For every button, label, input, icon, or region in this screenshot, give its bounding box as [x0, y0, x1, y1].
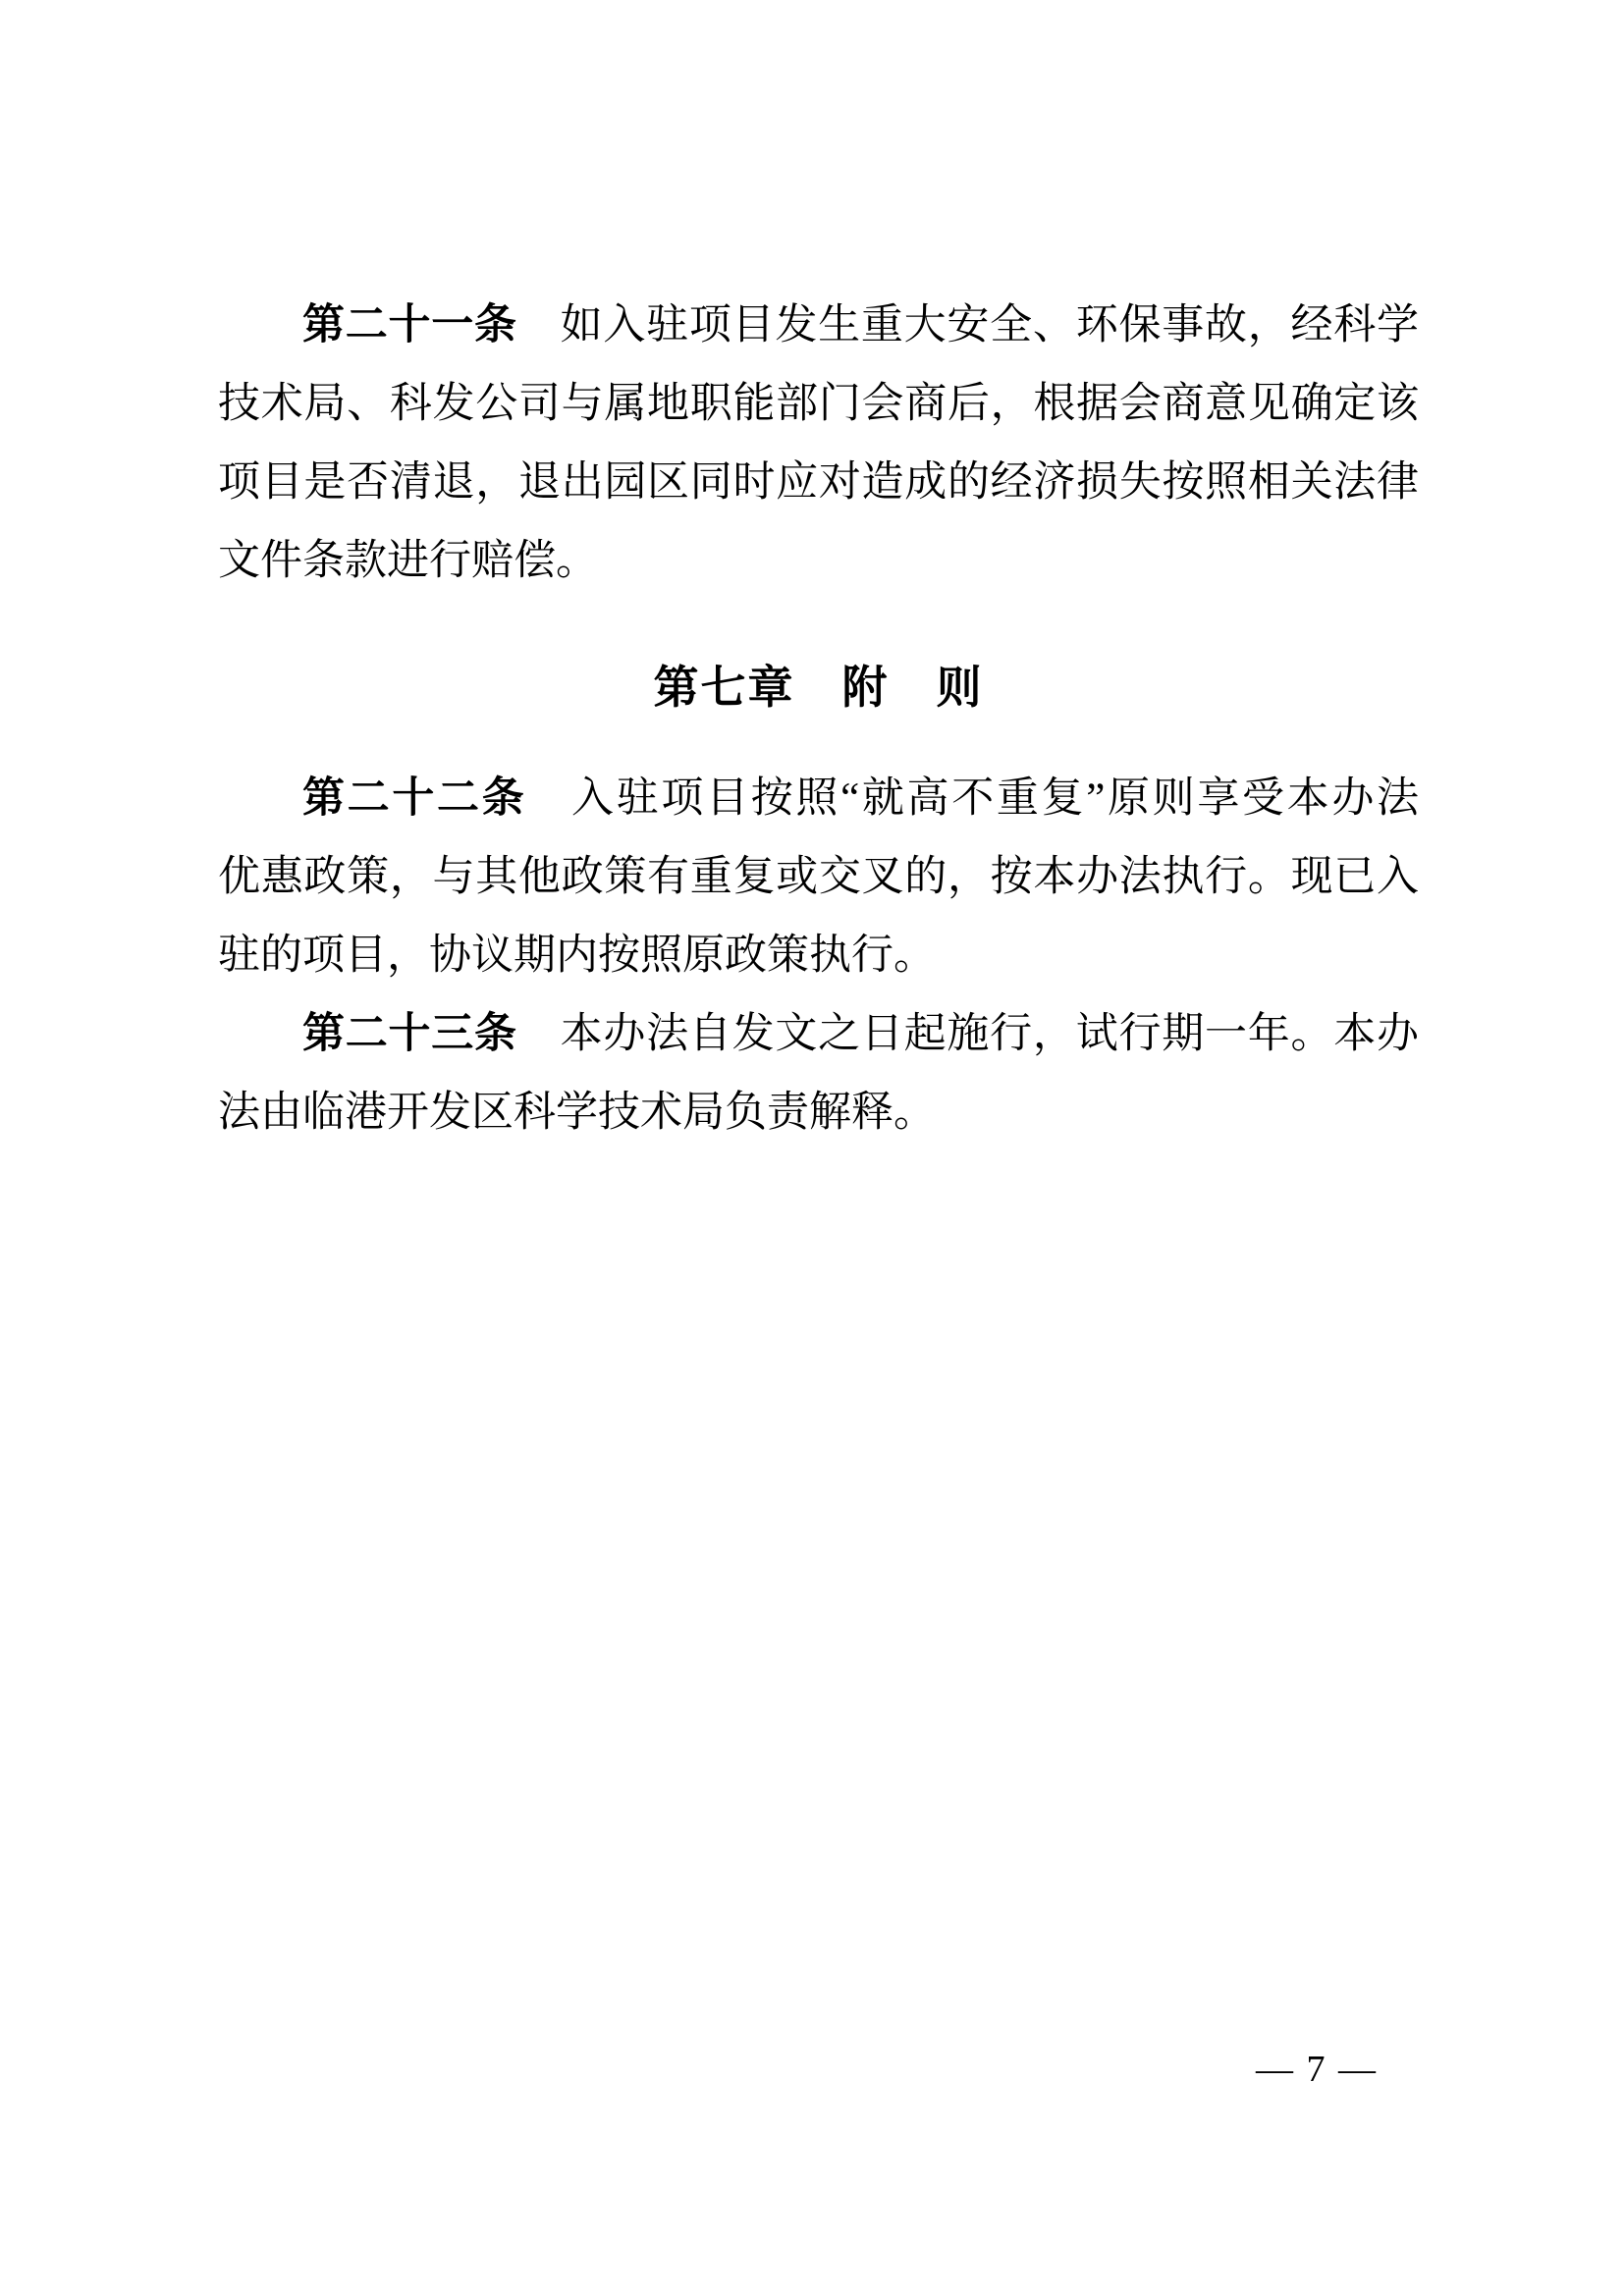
chapter-heading: 第七章 附 则 [218, 648, 1419, 726]
article-21-number: 第二十一条 [302, 302, 517, 348]
page-number: — 7 — [1256, 2048, 1378, 2091]
article-21-line-1-text: 如入驻项目发生重大安全、环保事故，经科学 [517, 302, 1419, 348]
article-21-line-2: 技术局、科发公司与属地职能部门会商后，根据会商意见确定该 [218, 365, 1419, 444]
article-23-line-1: 第二十三条 本办法自发文之日起施行，试行期一年。本办 [218, 995, 1419, 1074]
article-22-paragraph: 第二十二条 入驻项目按照“就高不重复”原则享受本办法 优惠政策，与其他政策有重复… [218, 760, 1419, 995]
article-23-number: 第二十三条 [302, 1011, 517, 1057]
article-21-line-1: 第二十一条 如入驻项目发生重大安全、环保事故，经科学 [218, 287, 1419, 365]
article-22-number: 第二十二条 [302, 775, 526, 822]
article-21-paragraph: 第二十一条 如入驻项目发生重大安全、环保事故，经科学 技术局、科发公司与属地职能… [218, 287, 1419, 601]
article-23-line-2: 法由临港开发区科学技术局负责解释。 [218, 1074, 1419, 1152]
article-22-line-1: 第二十二条 入驻项目按照“就高不重复”原则享受本办法 [218, 760, 1419, 838]
article-22-line-2: 优惠政策，与其他政策有重复或交叉的，按本办法执行。现已入 [218, 838, 1419, 917]
document-page: 第二十一条 如入驻项目发生重大安全、环保事故，经科学 技术局、科发公司与属地职能… [0, 0, 1624, 2296]
article-23-paragraph: 第二十三条 本办法自发文之日起施行，试行期一年。本办 法由临港开发区科学技术局负… [218, 995, 1419, 1152]
article-21-line-3: 项目是否清退，退出园区同时应对造成的经济损失按照相关法律 [218, 444, 1419, 522]
article-23-line-1-text: 本办法自发文之日起施行，试行期一年。本办 [517, 1011, 1419, 1057]
article-22-line-3: 驻的项目，协议期内按照原政策执行。 [218, 917, 1419, 995]
article-22-line-1-text: 入驻项目按照“就高不重复”原则享受本办法 [526, 775, 1419, 822]
article-21-line-4: 文件条款进行赔偿。 [218, 522, 1419, 601]
